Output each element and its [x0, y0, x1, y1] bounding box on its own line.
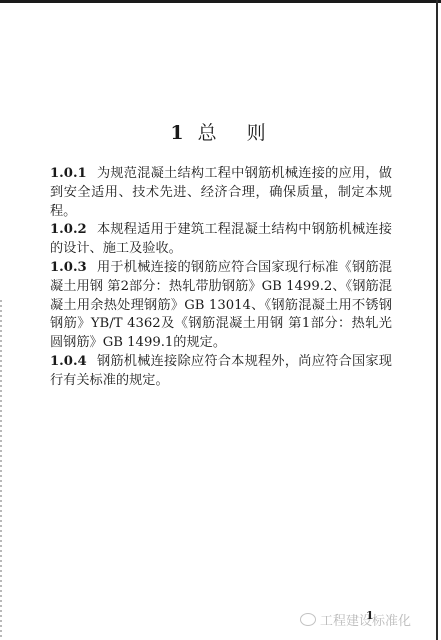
clause-1-0-3: 1.0.3用于机械连接的钢筋应符合国家现行标准《钢筋混凝土用钢 第2部分：热轧带… — [50, 259, 392, 353]
clause-number: 1.0.2 — [50, 222, 87, 237]
clause-number: 1.0.3 — [50, 260, 87, 275]
clause-text: 本规程适用于建筑工程混凝土结构中钢筋机械连接的设计、施工及验收。 — [50, 222, 392, 256]
clause-number: 1.0.1 — [50, 166, 87, 181]
wechat-icon — [300, 613, 316, 626]
watermark: 工程建设标准化 — [300, 610, 411, 629]
clause-text: 钢筋机械连接除应符合本规程外，尚应符合国家现行有关标准的规定。 — [50, 354, 392, 388]
clause-1-0-2: 1.0.2本规程适用于建筑工程混凝土结构中钢筋机械连接的设计、施工及验收。 — [50, 221, 392, 259]
chapter-number: 1 — [170, 122, 183, 144]
clause-1-0-1: 1.0.1为规范混凝土结构工程中钢筋机械连接的应用，做到安全适用、技术先进、经济… — [50, 165, 392, 221]
clause-1-0-4: 1.0.4钢筋机械连接除应符合本规程外，尚应符合国家现行有关标准的规定。 — [50, 353, 392, 391]
page-right-border — [436, 0, 438, 640]
chapter-title-part1: 总 — [198, 122, 217, 144]
clause-number: 1.0.4 — [50, 354, 87, 369]
chapter-title-part2: 则 — [247, 122, 266, 144]
chapter-title: 1总则 — [0, 118, 436, 145]
document-body: 1.0.1为规范混凝土结构工程中钢筋机械连接的应用，做到安全适用、技术先进、经济… — [50, 165, 392, 391]
clause-text: 用于机械连接的钢筋应符合国家现行标准《钢筋混凝土用钢 第2部分：热轧带肋钢筋》G… — [50, 260, 392, 350]
page-top-border — [0, 0, 441, 3]
scan-edge-artifact — [0, 300, 2, 640]
clause-text: 为规范混凝土结构工程中钢筋机械连接的应用，做到安全适用、技术先进、经济合理，确保… — [50, 166, 392, 219]
page-number: 1 — [366, 609, 374, 622]
